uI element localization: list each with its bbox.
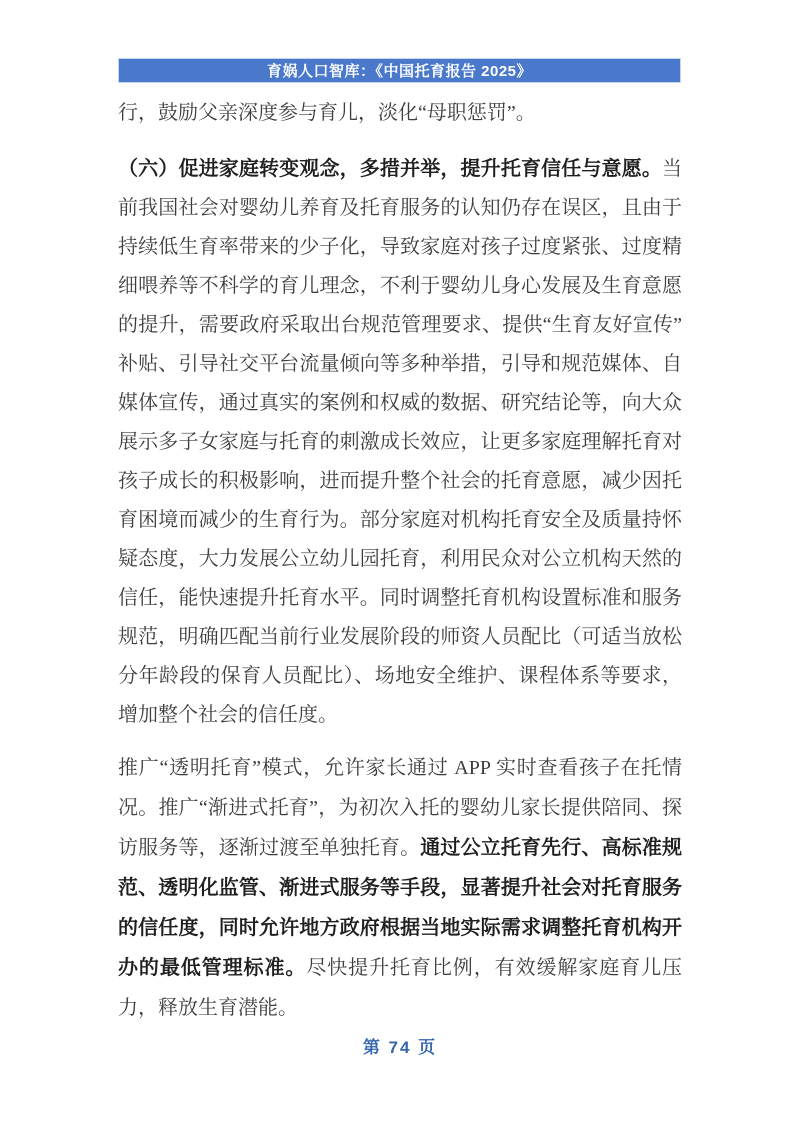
paragraph-section-six: （六）促进家庭转变观念，多措并举，提升托育信任与意愿。当前我国社会对婴幼儿养育及… bbox=[118, 150, 682, 735]
paragraph-intro-continuation: 行，鼓励父亲深度参与育儿，淡化“母职惩罚”。 bbox=[118, 94, 682, 132]
page-footer: 第 74 页 bbox=[0, 1033, 800, 1058]
report-header-banner: 育娲人口智库：《中国托育报告 2025》 bbox=[118, 58, 681, 83]
paragraph-transparent-childcare: 推广“透明托育”模式，允许家长通过 APP 实时查看孩子在托情况。推广“渐进式托… bbox=[118, 748, 682, 1028]
document-page: 育娲人口智库：《中国托育报告 2025》 行，鼓励父亲深度参与育儿，淡化“母职惩… bbox=[0, 0, 800, 1131]
report-header-title: 育娲人口智库：《中国托育报告 2025》 bbox=[267, 60, 532, 81]
section-six-body-text: 当前我国社会对婴幼儿养育及托育服务的认知仍存在误区，且由于持续低生育率带来的少子… bbox=[118, 158, 682, 726]
section-six-heading-bold: （六）促进家庭转变观念，多措并举，提升托育信任与意愿。 bbox=[118, 158, 662, 180]
page-number: 第 74 页 bbox=[363, 1038, 437, 1057]
document-body: 行，鼓励父亲深度参与育儿，淡化“母职惩罚”。 （六）促进家庭转变观念，多措并举，… bbox=[118, 94, 682, 1028]
